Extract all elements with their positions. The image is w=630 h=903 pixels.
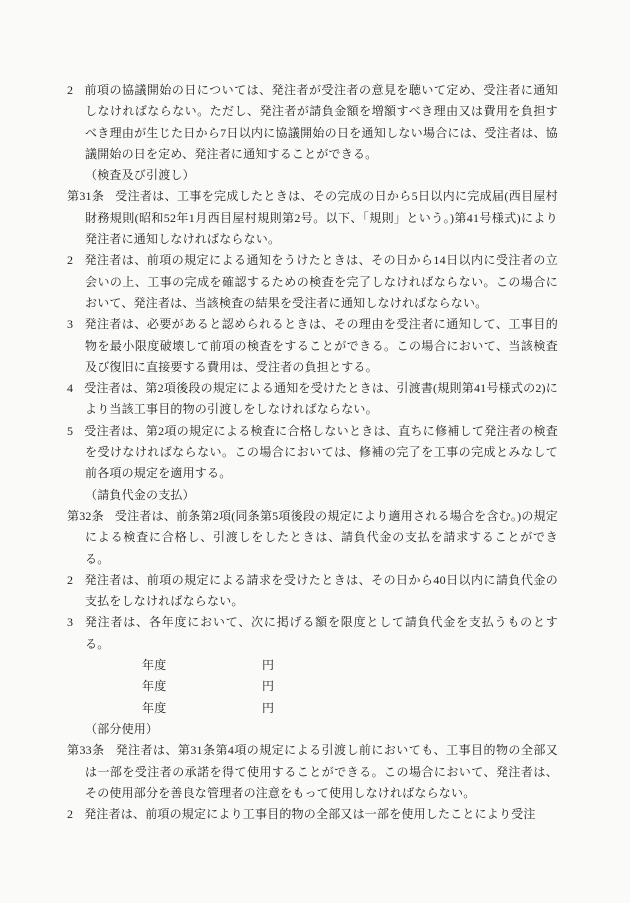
paragraph-number: 2 [67, 807, 73, 821]
contract-text-body: 2前項の協議開始の日については、発注者が受注者の意見を聴いて定め、受注者に通知し… [85, 80, 558, 825]
paragraph-text: 受注者は、第2項後段の規定による通知を受けたときは、引渡書(規則第41号様式の2… [84, 381, 558, 416]
fiscal-year-amount-row: 年度円 [85, 655, 558, 676]
yen-unit-label: 円 [262, 655, 274, 676]
clause-paragraph: 3発注者は、必要があると認められるときは、その理由を受注者に通知して、工事目的物… [85, 314, 558, 378]
clause-paragraph: 2発注者は、前項の規定による請求を受けたときは、その日から40日以内に請負代金の… [85, 570, 558, 613]
fiscal-year-label: 年度 [142, 698, 262, 719]
article-number: 第33条 [67, 743, 105, 757]
article-text: 発注者は、第31条第4項の規定による引渡し前においても、工事目的物の全部又は一部… [85, 743, 558, 800]
paragraph-text: 発注者は、各年度において、次に掲げる額を限度として請負代金を支払うものとする。 [84, 615, 558, 650]
paragraph-number: 2 [67, 83, 73, 97]
clause-paragraph: 5受注者は、第2項の規定による検査に合格しないときは、直ちに修補して発注者の検査… [85, 421, 558, 485]
fiscal-year-amount-row: 年度円 [85, 676, 558, 697]
paragraph-text: 受注者は、第2項の規定による検査に合格しないときは、直ちに修補して発注者の検査を… [84, 424, 558, 481]
fiscal-year-amount-row: 年度円 [85, 698, 558, 719]
article-number: 第31条 [67, 189, 104, 203]
article-32: 第32条受注者は、前条第2項(同条第5項後段の規定により適用される場合を含む。)… [85, 506, 558, 570]
paragraph-number: 4 [67, 381, 73, 395]
clause-paragraph: 3発注者は、各年度において、次に掲げる額を限度として請負代金を支払うものとする。 [85, 612, 558, 655]
article-31: 第31条受注者は、工事を完成したときは、その完成の日から5日以内に完成届(西目屋… [85, 186, 558, 250]
article-number: 第32条 [67, 509, 104, 523]
clause-paragraph: 2発注者は、前項の規定による通知をうけたときは、その日から14日以内に受注者の立… [85, 250, 558, 314]
clause-paragraph: 4受注者は、第2項後段の規定による通知を受けたときは、引渡書(規則第41号様式の… [85, 378, 558, 421]
article-33: 第33条発注者は、第31条第4項の規定による引渡し前においても、工事目的物の全部… [85, 740, 558, 804]
paragraph-number: 2 [67, 253, 73, 267]
fiscal-year-label: 年度 [142, 655, 262, 676]
fiscal-year-label: 年度 [142, 676, 262, 697]
section-heading-inspection-delivery: （検査及び引渡し） [85, 165, 558, 186]
paragraph-text: 発注者は、必要があると認められるときは、その理由を受注者に通知して、工事目的物を… [84, 317, 558, 374]
paragraph-text: 前項の協議開始の日については、発注者が受注者の意見を聴いて定め、受注者に通知しな… [84, 83, 558, 161]
yen-unit-label: 円 [262, 698, 274, 719]
paragraph-text: 発注者は、前項の規定により工事目的物の全部又は一部を使用したことにより受注 [84, 807, 535, 821]
clause-paragraph: 2前項の協議開始の日については、発注者が受注者の意見を聴いて定め、受注者に通知し… [85, 80, 558, 165]
paragraph-number: 3 [67, 317, 73, 331]
document-page: 2前項の協議開始の日については、発注者が受注者の意見を聴いて定め、受注者に通知し… [0, 0, 630, 903]
paragraph-text: 発注者は、前項の規定による通知をうけたときは、その日から14日以内に受注者の立会… [84, 253, 558, 310]
section-heading-payment: （請負代金の支払） [85, 485, 558, 506]
paragraph-number: 2 [67, 573, 73, 587]
yen-unit-label: 円 [262, 676, 274, 697]
article-text: 受注者は、前条第2項(同条第5項後段の規定により適用される場合を含む。)の規定に… [85, 509, 558, 566]
paragraph-text: 発注者は、前項の規定による請求を受けたときは、その日から40日以内に請負代金の支… [84, 573, 558, 608]
section-heading-partial-use: （部分使用） [85, 719, 558, 740]
article-text: 受注者は、工事を完成したときは、その完成の日から5日以内に完成届(西目屋村財務規… [85, 189, 558, 246]
paragraph-number: 5 [67, 424, 73, 438]
paragraph-number: 3 [67, 615, 73, 629]
clause-paragraph-truncated: 2発注者は、前項の規定により工事目的物の全部又は一部を使用したことにより受注 [85, 804, 558, 825]
